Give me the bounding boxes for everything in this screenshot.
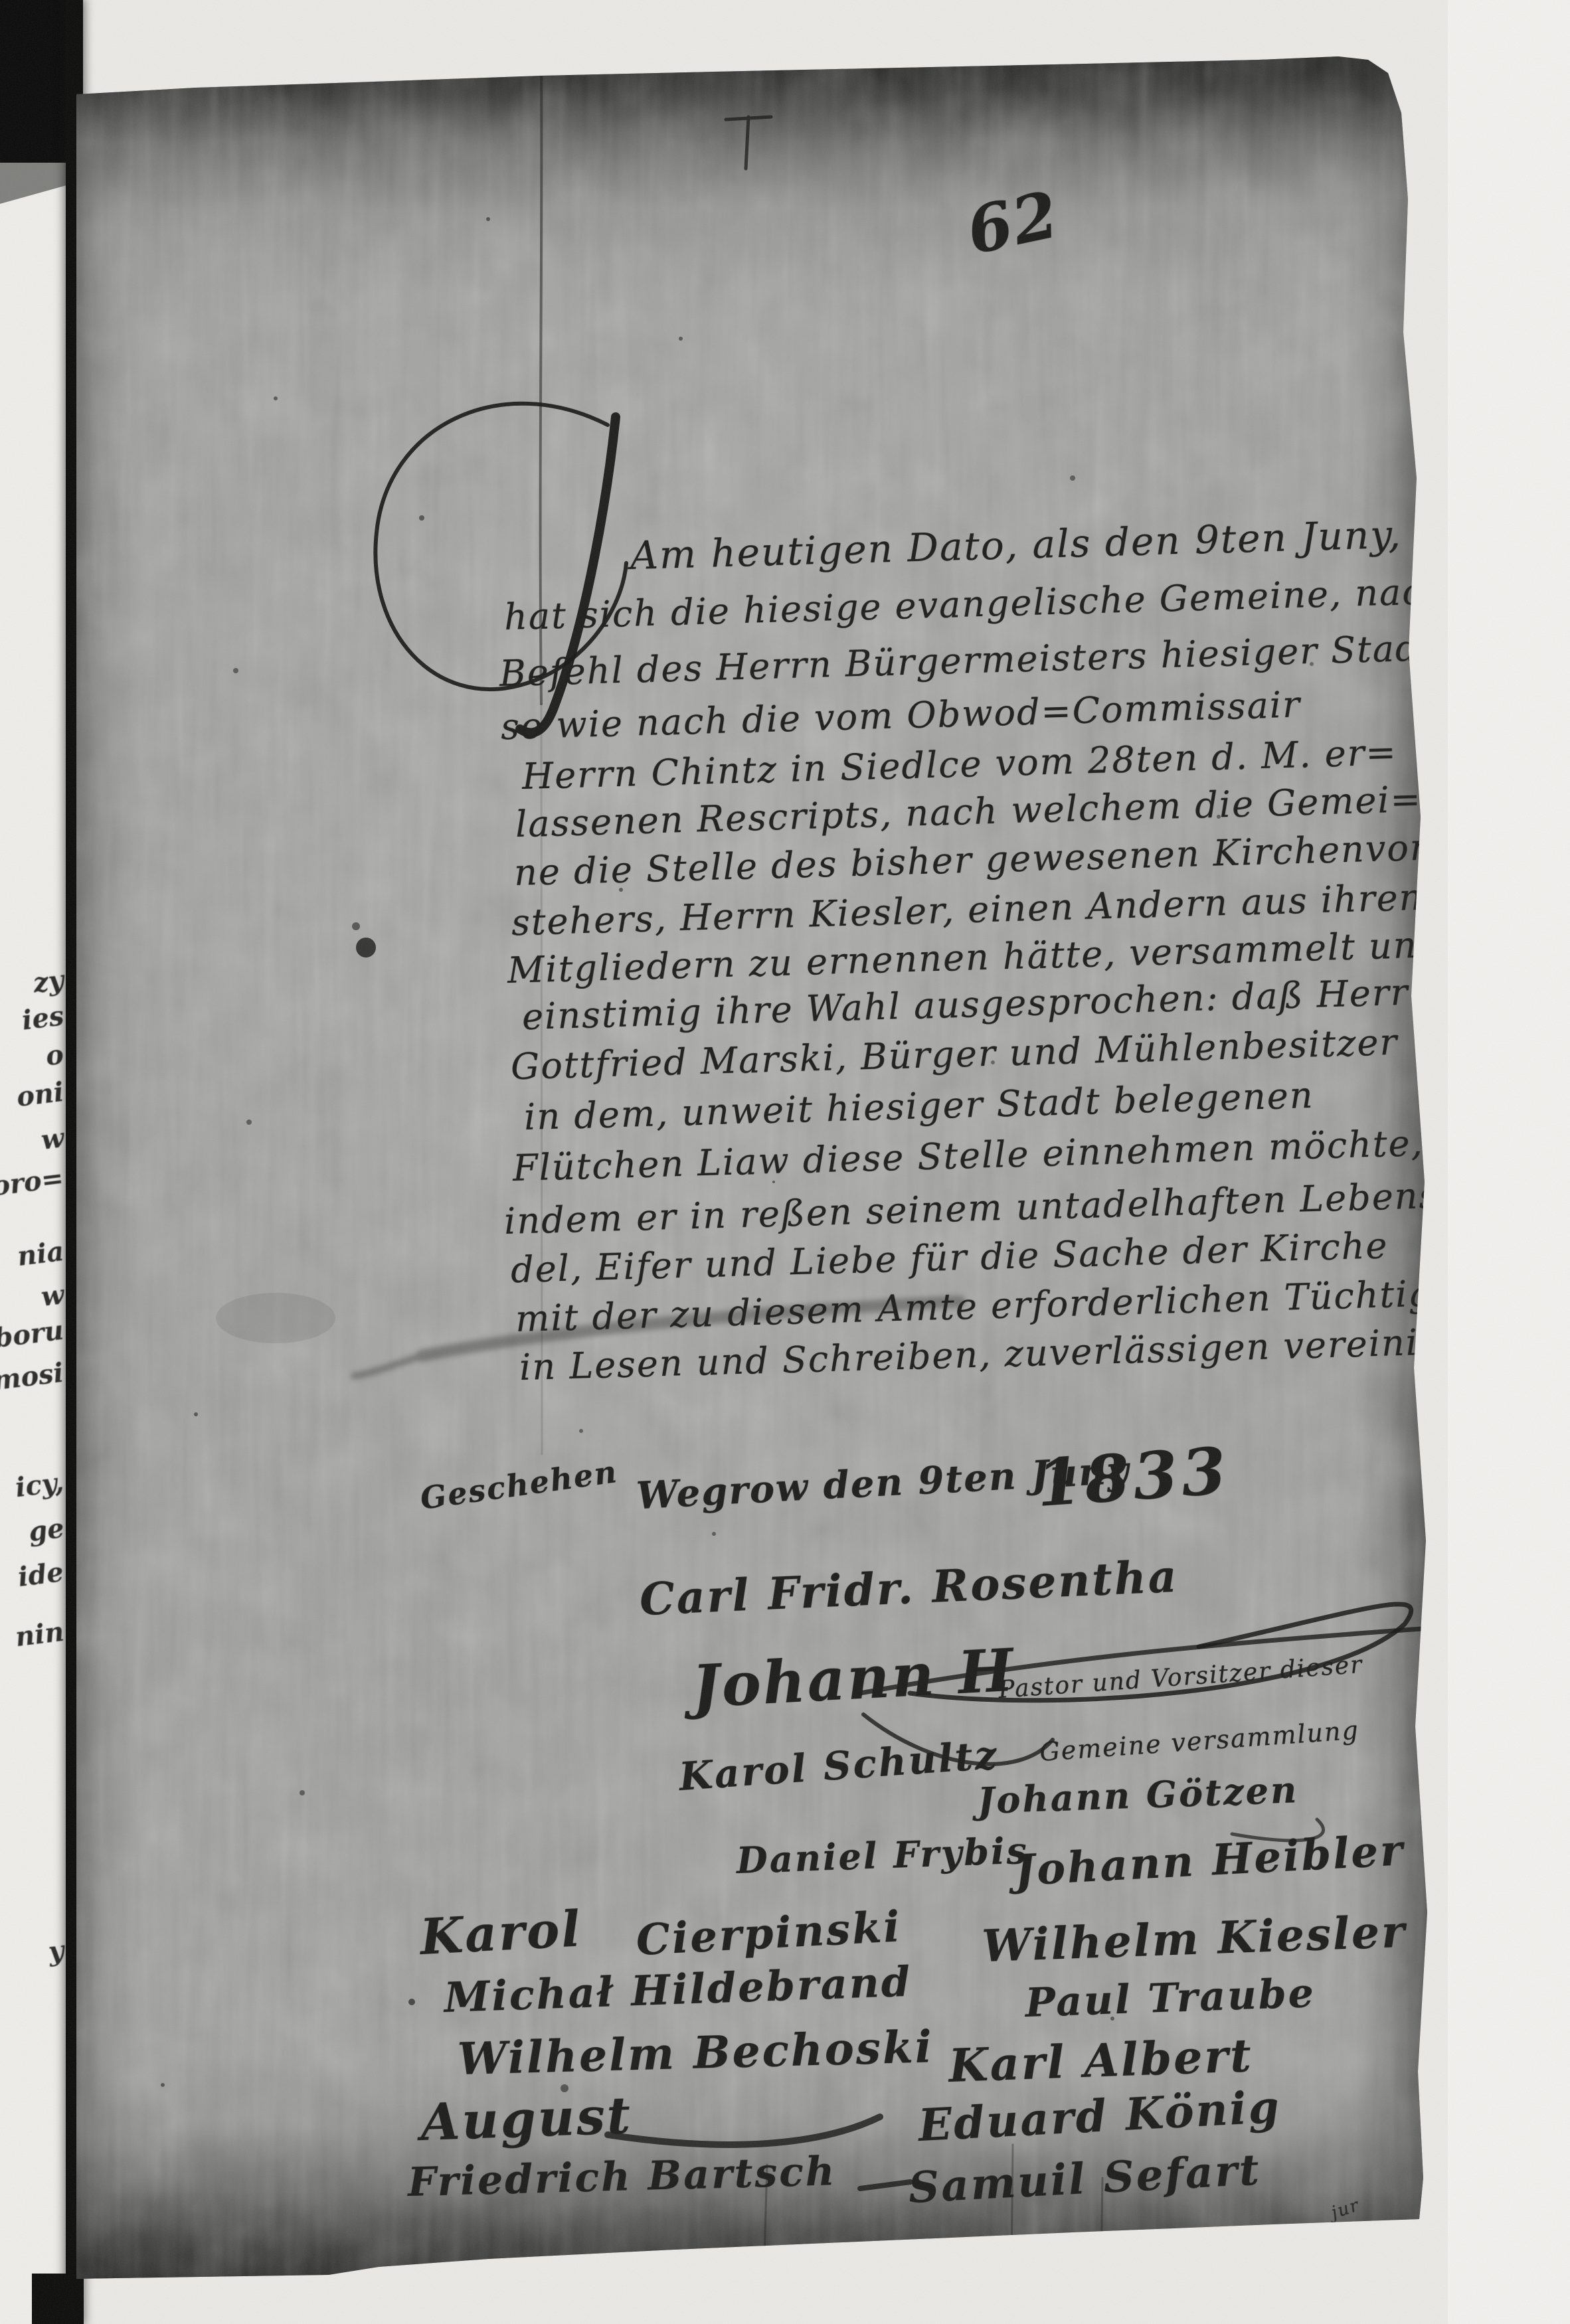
signature: Samuil Sefart: [907, 2145, 1262, 2213]
adjacent-page-fragment: o: [44, 1039, 66, 1072]
adjacent-page-fragment: ide: [17, 1556, 66, 1593]
signature: Johann Götzen: [977, 1768, 1299, 1822]
adjacent-page-fragment: nin: [13, 1616, 66, 1653]
adjacent-page-fragment: zy: [31, 964, 65, 999]
signature: Daniel Frybis: [736, 1829, 1029, 1882]
signature: Karol: [418, 1900, 583, 1966]
t-mark: [726, 117, 771, 169]
adjacent-page-sliver: zyiesooniworo=niawborumosiicy,geideniny: [0, 0, 66, 2324]
pastor-note-line1: Pastor und Vorsitzer dieser: [998, 1651, 1364, 1704]
signature: August: [420, 2086, 633, 2152]
signature-swash-august: [608, 2117, 880, 2145]
adjacent-page-fragment: mosi: [0, 1357, 65, 1397]
adjacent-page-fragment: boru: [0, 1315, 65, 1354]
signature: Wilhelm Kiesler: [981, 1906, 1407, 1972]
adjacent-page-fragment: ge: [27, 1513, 66, 1548]
body-text-line: Befehl des Herrn Bürgermeisters hiesiger…: [499, 626, 1448, 695]
signature: Johann H: [691, 1635, 1017, 1721]
adjacent-page-fragment: ies: [20, 1000, 65, 1036]
signature: Karol Schultz: [677, 1732, 1000, 1799]
page-number: 62: [961, 177, 1066, 269]
adjacent-page-fragment: oro=: [0, 1163, 65, 1203]
signature: Carl Fridr. Rosentha: [639, 1550, 1179, 1625]
binding-shadow-block: [0, 0, 73, 163]
adjacent-page-fragment: icy,: [14, 1467, 66, 1504]
adjacent-page-fragment: w: [39, 1122, 66, 1156]
body-text-line: hat sich die hiesige evangelische Gemein…: [503, 570, 1448, 638]
adjacent-page-fragment: w: [39, 1279, 66, 1313]
signature: Johann Heibler: [1013, 1825, 1405, 1896]
adjacent-page-fragment: oni: [15, 1076, 65, 1113]
signature: Karl Albert: [948, 2029, 1254, 2093]
dateline-year: 1833: [1034, 1433, 1232, 1521]
clerk-note: jur: [1329, 2195, 1362, 2223]
signature: Wilhelm Bechoski: [457, 2021, 934, 2085]
adjacent-page-fragment: y: [46, 1935, 66, 1967]
body-text-line: Am heutigen Dato, als den 9ten Juny,: [630, 512, 1402, 578]
signature: Friedrich Bartsch: [407, 2148, 837, 2206]
document-page: 62 Am heutigen Dato, als den 9ten Juny,h…: [76, 53, 1439, 2287]
scanned-document: zyiesooniworo=niawborumosiicy,geideniny: [0, 0, 1570, 2324]
pastor-note-line2: Gemeine versammlung: [1039, 1715, 1360, 1767]
signature: Paul Traube: [1025, 1970, 1316, 2027]
signature: Michał Hildebrand: [443, 1957, 913, 2022]
adjacent-page-fragment: nia: [15, 1236, 65, 1272]
dateline-geschehen: Geschehen: [418, 1453, 620, 1517]
binding-bottom-blot: [32, 2274, 84, 2324]
signature: Cierpinski: [635, 1902, 903, 1965]
